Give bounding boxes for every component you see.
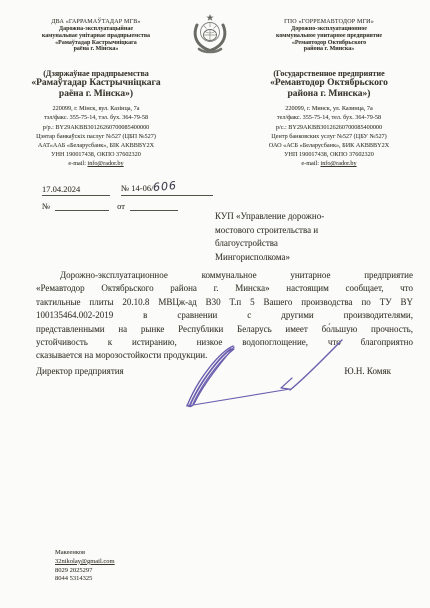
addressee-line: Мингорисполкома» xyxy=(215,251,405,265)
org-line: Дарожна-эксплуатацыйнае xyxy=(5,26,187,33)
email-label: e-mail: xyxy=(68,160,86,167)
bank-account-line: р/р.: BY29AKBB30126260700085400000 xyxy=(5,123,187,132)
blank-date-field xyxy=(130,202,178,211)
reference-block: 17.04.2024 № 14-06/606 № от xyxy=(42,181,262,211)
bank-account-line: р/с.: BY29AKBB30126260700085400000 xyxy=(233,123,425,132)
address-line: 220099, г. Мінск, вул. Казінца, 7а xyxy=(5,104,187,113)
body-line: тактильные плиты 20.10.8 МВЦж-ад В30 Т.п… xyxy=(36,296,413,309)
addressee-line: мостового строительства и xyxy=(215,224,405,238)
letter-number: № 14-06/606 xyxy=(121,181,213,196)
letter-number-typed: № 14-06/ xyxy=(121,183,153,193)
addressee-line: КУП «Управление дорожно- xyxy=(215,210,405,224)
org-name-big: «Ремавтодор Октябрьского xyxy=(233,78,425,89)
emblem-slot xyxy=(187,13,233,55)
bank-name-line: ОАО «АСБ «Беларусбанк», БИК AKBBBY2X xyxy=(233,141,425,150)
org-line: района г. Минска» xyxy=(233,46,425,53)
org-abbrev-by: ДВА «ГАРРАМАЎТАДАР МГВ» xyxy=(5,18,187,26)
bank-name-line: ААТ«ААБ «Беларусбанк», БІК AKBBBY2X xyxy=(5,141,187,150)
letterhead: ДВА «ГАРРАМАЎТАДАР МГВ» Дарожна-эксплуат… xyxy=(0,13,430,169)
body-line: Дорожно-эксплуатационное коммунальное ун… xyxy=(36,269,413,282)
org-state-name: (Государственное предприятие xyxy=(233,69,425,78)
org-line: раёна г. Мінска» xyxy=(5,46,187,53)
belarus-coat-of-arms-icon xyxy=(190,13,230,55)
org-abbrev-ru: ГПО «ГОРРЕМАВТОДОР МГИ» xyxy=(233,18,425,26)
executor-email-link[interactable]: 32nikolay@gmail.com xyxy=(55,558,115,565)
address-line: 220099, г. Минск, ул. Казинца, 7а xyxy=(233,104,425,113)
email-link[interactable]: info@rador.by xyxy=(320,160,356,167)
scanned-letter-page: ДВА «ГАРРАМАЎТАДАР МГВ» Дарожна-эксплуат… xyxy=(0,0,430,608)
body-line: представленными на рынке Республики Бела… xyxy=(36,323,413,336)
email-line: e-mail: info@rador.by xyxy=(233,159,425,168)
body-line: 100135464.002-2019 в сравнении с другими… xyxy=(36,309,413,322)
org-line: камунальнае унітарнае прадпрыемства xyxy=(5,33,187,40)
email-link[interactable]: info@rador.by xyxy=(87,160,123,167)
org-requisites: 220099, г. Минск, ул. Казинца, 7а тел/фа… xyxy=(233,104,425,168)
letter-number-handwritten: 606 xyxy=(153,179,178,194)
addressee-line: благоустройства xyxy=(215,237,405,251)
tax-id-line: УНН 190017438, ОКПО 37602320 xyxy=(5,150,187,159)
executor-block: Макеенков 32nikolay@gmail.com 8029 20252… xyxy=(55,549,115,584)
outgoing-date-number: 17.04.2024 № 14-06/606 xyxy=(42,181,262,196)
letter-body: Дорожно-эксплуатационное коммунальное ун… xyxy=(36,269,413,363)
signer-title: Директор предприятия xyxy=(36,366,124,376)
org-requisites: 220099, г. Мінск, вул. Казінца, 7а тэл/ф… xyxy=(5,104,187,168)
bank-branch-line: Цэнтар банкаўскіх паслуг №527 (ЦБП №527) xyxy=(5,132,187,141)
org-name-big: «Рамаўтадар Кастрычніцкага xyxy=(5,78,187,89)
org-state-name: (Дзяржаўнае прадпрыемства xyxy=(5,69,187,78)
org-name-big: раёна г. Мінска») xyxy=(5,89,187,100)
tax-id-line: УНП 190017438, ОКПО 37602320 xyxy=(233,150,425,159)
blank-number-field xyxy=(55,202,109,211)
org-line: коммунальное унитарное предприятие xyxy=(233,33,425,40)
letter-date: 17.04.2024 xyxy=(42,184,110,196)
body-line: сказывается на морозостойкости продукции… xyxy=(36,349,413,362)
bank-branch-line: Центр банковских услуг №527 (ЦБУ №527) xyxy=(233,132,425,141)
signoff-row: Директор предприятия Ю.Н. Комяк xyxy=(36,366,391,376)
org-name-big: района г. Минска») xyxy=(233,89,425,100)
body-line: «Ремавтодор Октябрьского района г. Минск… xyxy=(36,282,413,295)
no-sign: № xyxy=(42,201,50,211)
executor-phone: 8029 2025297 xyxy=(55,567,115,576)
from-label: от xyxy=(117,201,125,211)
letterhead-right-russian: ГПО «ГОРРЕМАВТОДОР МГИ» Дорожно-эксплуат… xyxy=(233,13,425,169)
signer-name: Ю.Н. Комяк xyxy=(344,366,391,376)
body-line: устойчивость к истиранию, низкое водопог… xyxy=(36,336,413,349)
phone-line: тэл/факс. 355-75-14, тэл. бух. 364-79-58 xyxy=(5,113,187,122)
email-label: e-mail: xyxy=(301,160,319,167)
executor-name: Макеенков xyxy=(55,549,115,558)
org-line: Дорожно-эксплуатационное xyxy=(233,26,425,33)
executor-phone: 8044 5314325 xyxy=(55,575,115,584)
email-line: e-mail: info@rador.by xyxy=(5,159,187,168)
phone-line: тел/факс. 355-75-14, тел. бух. 364-79-58 xyxy=(233,113,425,122)
addressee-block: КУП «Управление дорожно- мостового строи… xyxy=(215,210,405,264)
letterhead-left-belarusian: ДВА «ГАРРАМАЎТАДАР МГВ» Дарожна-эксплуат… xyxy=(5,13,187,169)
